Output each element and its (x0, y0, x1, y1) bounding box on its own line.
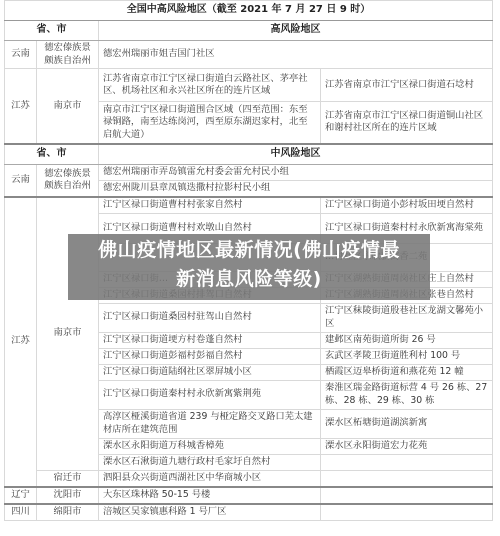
province-cell: 辽宁 (5, 487, 37, 504)
area-cell: 德宏州陇川县章凤镇迭撒村拉影村民小组 (99, 180, 493, 197)
area-cell: 江宁区禄口街道彭福村彭福自然村 (99, 348, 321, 364)
area-cell: 江苏省南京市江宁区禄口街道铜山社区和谢村社区所在的连片区域 (321, 102, 493, 144)
area-cell: 南京市江宁区禄口街道围合区域（四至范围：东至禄铜路，南至达练岗河，西至原东湖迟家… (99, 102, 321, 144)
area-cell: 江宁区禄口街道埂方村卷蓬自然村 (99, 332, 321, 348)
document-page: 全国中高风险地区（截至 2021 年 7 月 27 日 9 时） 省、市 高风险… (0, 0, 500, 536)
city-cell: 南京市 (37, 69, 99, 144)
city-cell: 沈阳市 (37, 487, 99, 504)
area-cell (321, 454, 493, 470)
area-cell: 涪城区吴家镇惠科路 1 号厂区 (99, 504, 321, 521)
city-cell: 德宏傣族景颇族自治州 (37, 164, 99, 197)
area-cell: 秦淮区瑞金路街道标营 4 号 26 栋、27 栋、28 栋、29 栋、30 栋 (321, 380, 493, 409)
headline-overlay-text: 佛山疫情地区最新情况(佛山疫情最 新消息风险等级) (68, 236, 430, 294)
province-cell: 江苏 (5, 197, 37, 487)
header-region: 省、市 (5, 144, 99, 165)
area-cell: 溧水区石湫街道九塘行政村毛家圩自然村 (99, 454, 321, 470)
area-cell: 栖霞区迈皋桥街道和燕花苑 12 幢 (321, 364, 493, 380)
area-cell: 溧水区永阳街道万科城香樟苑 (99, 438, 321, 454)
area-cell: 溧水区柘塘街道湖滨新寓 (321, 409, 493, 438)
area-cell: 德宏州瑞丽市弄岛镇雷允村委会雷允村民小组 (99, 164, 493, 180)
area-cell: 江宁区禄口街道秦村村永欣新寓紫荆苑 (99, 380, 321, 409)
area-cell: 玄武区孝陵卫街道胜利村 100 号 (321, 348, 493, 364)
area-cell: 江苏省南京市江宁区禄口街道石埝村 (321, 69, 493, 102)
area-cell: 江宁区禄口街道小彭村坂田埂自然村 (321, 197, 493, 214)
province-cell: 四川 (5, 504, 37, 521)
area-cell: 大东区珠林路 50-15 号楼 (99, 487, 321, 504)
area-cell: 江宁区禄口街道陆纲社区翠屏城小区 (99, 364, 321, 380)
area-cell (321, 470, 493, 487)
city-cell: 宿迁市 (37, 470, 99, 487)
area-cell: 江宁区秣陵街道殷巷社区龙湖文馨苑小区 (321, 303, 493, 332)
header-region: 省、市 (5, 21, 99, 41)
header-mid-risk: 中风险地区 (99, 144, 493, 165)
headline-line-2: 新消息风险等级) (68, 265, 430, 294)
province-cell: 江苏 (5, 69, 37, 144)
area-cell: 高淳区桠溪街道省道 239 与桠定路交叉路口芜太建材店所在建筑范围 (99, 409, 321, 438)
area-cell: 建邺区南苑街道所街 26 号 (321, 332, 493, 348)
headline-line-1: 佛山疫情地区最新情况(佛山疫情最 (68, 236, 430, 265)
area-cell: 江苏省南京市江宁区禄口街道白云路社区、茅亭社区、机场社区和永兴社区所在的连片区域 (99, 69, 321, 102)
area-cell: 德宏州瑞丽市姐吉国门社区 (99, 41, 493, 69)
area-cell: 溧水区永阳街道宏力花苑 (321, 438, 493, 454)
header-high-risk: 高风险地区 (99, 21, 493, 41)
area-cell: 泗阳县众兴街道西湖社区中华商城小区 (99, 470, 321, 487)
table-title: 全国中高风险地区（截至 2021 年 7 月 27 日 9 时） (5, 1, 493, 21)
province-cell: 云南 (5, 164, 37, 197)
city-cell: 绵阳市 (37, 504, 99, 521)
area-cell (321, 504, 493, 521)
area-cell (321, 487, 493, 504)
city-cell: 德宏傣族景颇族自治州 (37, 41, 99, 69)
area-cell: 江宁区禄口街道曹村村张家自然村 (99, 197, 321, 214)
province-cell: 云南 (5, 41, 37, 69)
area-cell: 江宁区禄口街道桑园村驻驾山自然村 (99, 303, 321, 332)
